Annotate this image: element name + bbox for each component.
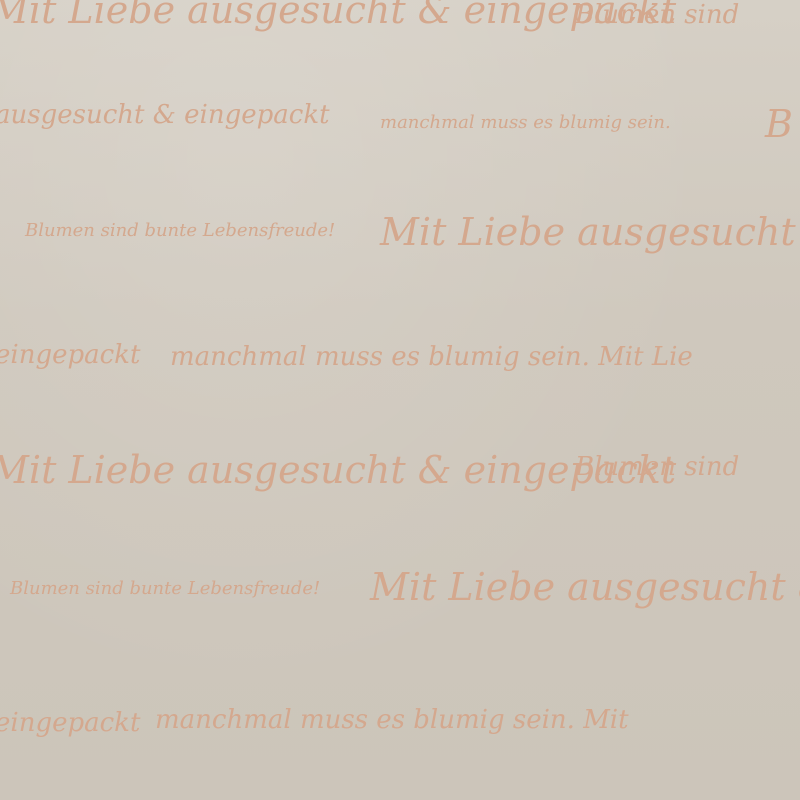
- wrapping-paper: Mit Liebe ausgesucht & eingepacktBlumen …: [0, 0, 800, 800]
- script-phrase: Blumen sind bunte Lebensfreude!: [10, 578, 320, 599]
- script-phrase: Blumen sind bunte Lebensfreude!: [25, 220, 335, 241]
- script-phrase: eingepackt: [0, 708, 140, 738]
- script-phrase: ausgesucht & eingepackt: [0, 100, 330, 130]
- script-phrase: Mit Liebe ausgesucht &: [370, 565, 800, 609]
- script-phrase: manchmal muss es blumig sein. Mit: [155, 705, 629, 735]
- script-phrase: manchmal muss es blumig sein.: [380, 112, 671, 133]
- script-phrase: B: [765, 102, 793, 146]
- script-phrase: manchmal muss es blumig sein. Mit Lie: [170, 342, 693, 372]
- script-phrase: Blumen sind: [575, 0, 739, 30]
- script-phrase: eingepackt: [0, 340, 140, 370]
- script-phrase: Mit Liebe ausgesucht & e: [380, 210, 800, 254]
- script-phrase: Blumen sind: [575, 452, 739, 482]
